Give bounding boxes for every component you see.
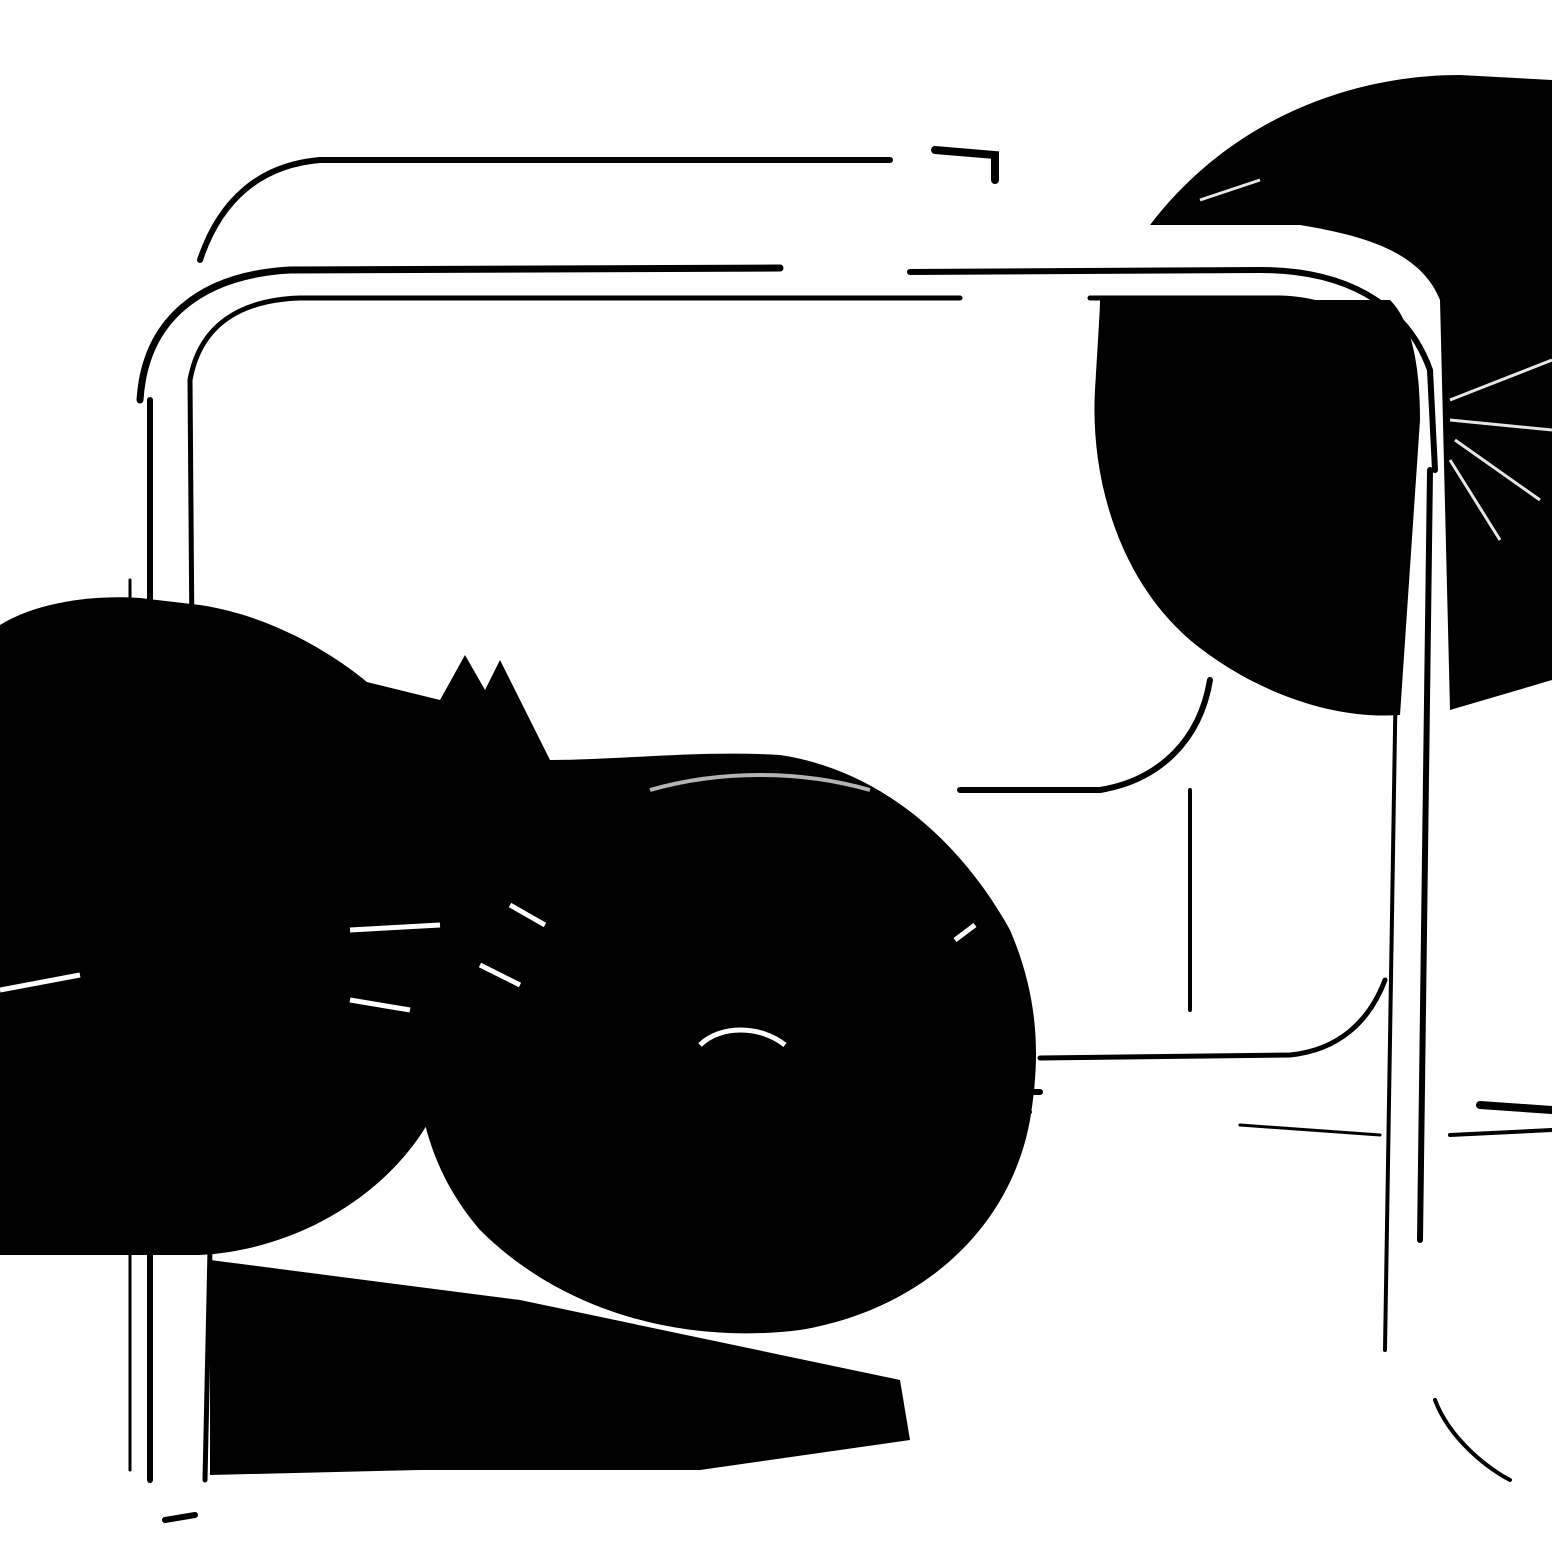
binarized-photo <box>0 0 1552 1552</box>
